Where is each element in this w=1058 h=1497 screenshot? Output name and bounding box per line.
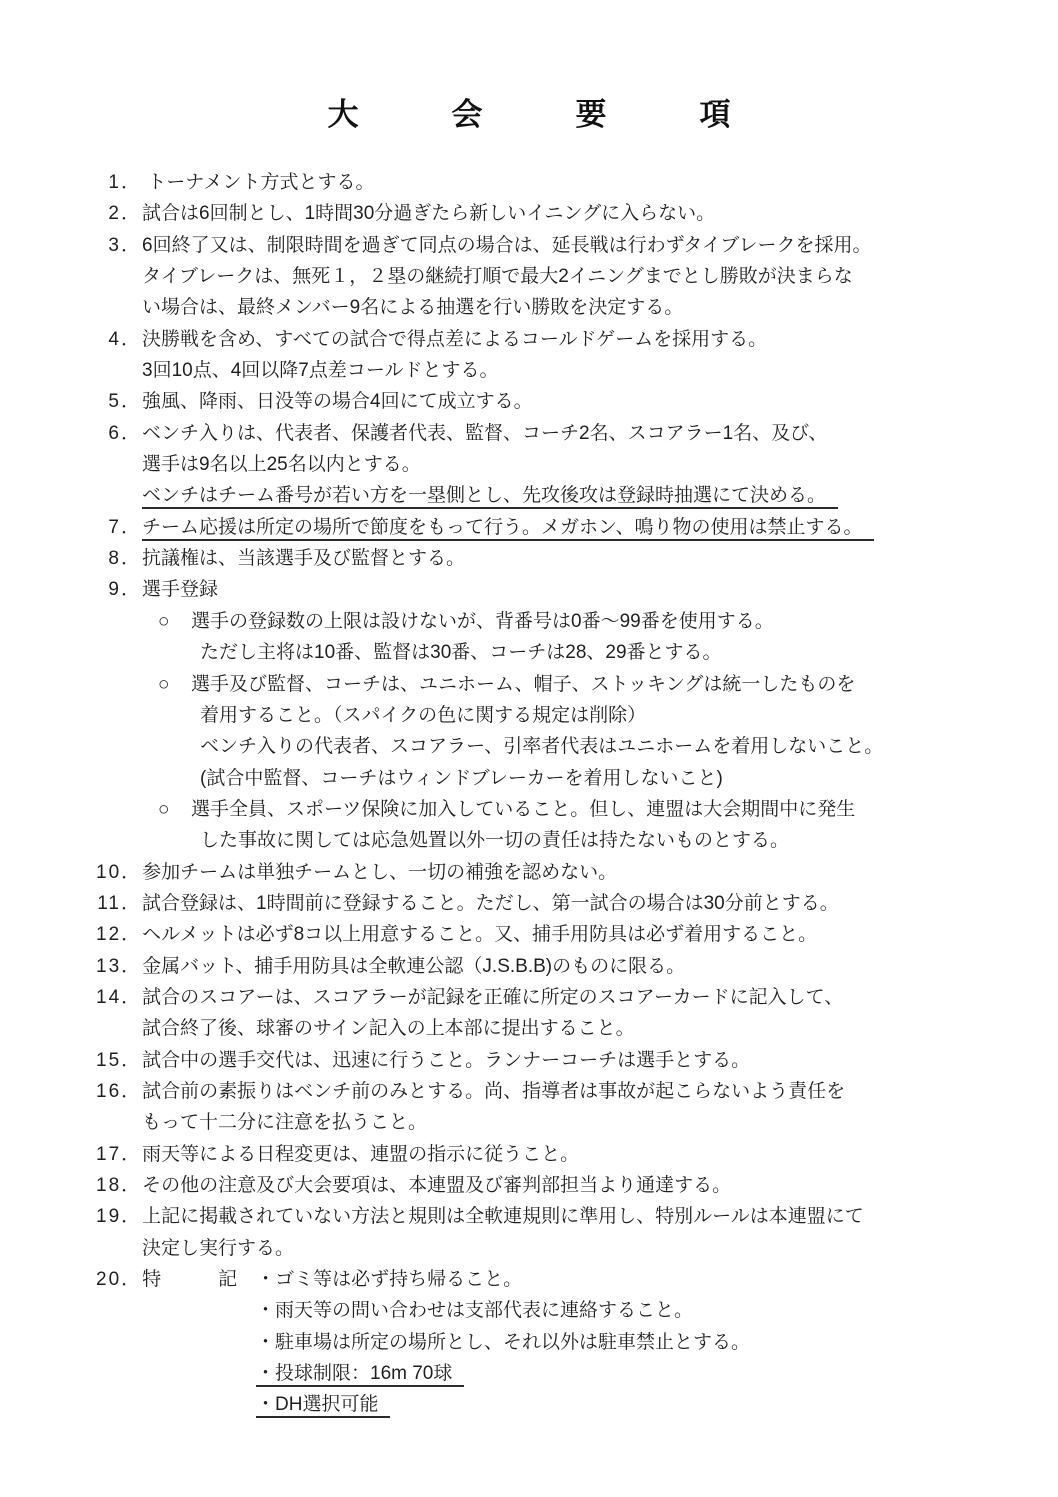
item-number: 13． [96,951,142,982]
item-line: 着用すること。（スパイクの色に関する規定は削除） [96,700,1028,731]
line-text-wrap: 試合前の素振りはベンチ前のみとする。尚、指導者は事故が起こらないよう責任を [142,1076,845,1107]
item-number: 8． [96,543,142,574]
line-text: ただし主将は10番、監督は30番、コーチは28、29番とする。 [200,642,722,663]
item-line: した事故に関しては応急処置以外一切の責任は持たないものとする。 [96,825,1028,856]
item-line: 4．決勝戦を含め、すべての試合で得点差によるコールドゲームを採用する。 [96,324,1028,355]
line-text: ・DH選択可能 [256,1394,390,1418]
item-number: 17． [96,1139,142,1170]
line-text: タイブレークは、無死１，２塁の継続打順で最大2イニングまでとし勝敗が決まらな [142,266,853,287]
line-text-wrap: ・投球制限：16m 70球 [256,1358,464,1389]
item-line: 13．金属バット、捕手用防具は全軟連公認（J.S.B.B)のものに限る。 [96,951,1028,982]
item-line: ・投球制限：16m 70球 [96,1358,1028,1389]
line-text: ・投球制限：16m 70球 [256,1363,464,1387]
line-text-wrap: 3回10点、4回以降7点差コールドとする。 [142,355,498,386]
item-number: 19． [96,1201,142,1232]
item-line: 1． トーナメント方式とする。 [96,167,1028,198]
item-line: ベンチはチーム番号が若い方を一塁側とし、先攻後攻は登録時抽選にて決める。 [96,480,1028,511]
item-number: 11． [96,888,142,919]
document-title: 大 会 要 項 [0,0,1058,134]
line-text: 選手の登録数の上限は設けないが、背番号は0番～99番を使用する。 [191,611,774,632]
line-text-wrap: ・雨天等の問い合わせは支部代表に連絡すること。 [256,1295,693,1326]
line-text-wrap: ○選手全員、スポーツ保険に加入していること。但し、連盟は大会期間中に発生 [158,794,855,825]
line-text-wrap: ただし主将は10番、監督は30番、コーチは28、29番とする。 [200,637,722,668]
line-text-wrap: 金属バット、捕手用防具は全軟連公認（J.S.B.B)のものに限る。 [142,951,685,982]
line-text: チーム応援は所定の場所で節度をもって行う。メガホン、鳴り物の使用は禁止する。 [142,517,874,541]
circle-bullet: ○ [158,669,191,700]
line-text: 上記に掲載されていない方法と規則は全軟連規則に準用し、特別ルールは本連盟にて [142,1206,864,1227]
line-text: 試合前の素振りはベンチ前のみとする。尚、指導者は事故が起こらないよう責任を [142,1081,845,1102]
circle-bullet: ○ [158,794,191,825]
line-text: ベンチ入りは、代表者、保護者代表、監督、コーチ2名、スコアラー1名、及び、 [142,423,827,444]
line-text-wrap: 決定し実行する。 [142,1233,294,1264]
line-text-wrap: チーム応援は所定の場所で節度をもって行う。メガホン、鳴り物の使用は禁止する。 [142,512,874,543]
line-text-wrap: ベンチ入りの代表者、スコアラー、引率者代表はユニホームを着用しないこと。 [200,731,883,762]
line-text: ベンチ入りの代表者、スコアラー、引率者代表はユニホームを着用しないこと。 [200,736,883,757]
item-line: ○選手全員、スポーツ保険に加入していること。但し、連盟は大会期間中に発生 [96,794,1028,825]
line-text: 試合終了後、球審のサイン記入の上本部に提出すること。 [142,1018,635,1039]
line-text-wrap: 試合終了後、球審のサイン記入の上本部に提出すること。 [142,1013,635,1044]
line-text: 雨天等による日程変更は、連盟の指示に従うこと。 [142,1144,579,1165]
document-page: 大 会 要 項 1． トーナメント方式とする。2．試合は6回制とし、1時間30分… [0,0,1058,1497]
line-text: ヘルメットは必ず8コ以上用意すること。又、捕手用防具は必ず着用すること。 [142,924,817,945]
line-text: 着用すること。（スパイクの色に関する規定は削除） [200,705,646,726]
item-line: 3．6回終了又は、制限時間を過ぎて同点の場合は、延長戦は行わずタイブレークを採用… [96,230,1028,261]
line-text: 強風、降雨、日没等の場合4回にて成立する。 [142,391,533,412]
item-number: 18． [96,1170,142,1201]
line-text: 試合のスコアーは、スコアラーが記録を正確に所定のスコアーカードに記入して、 [142,987,843,1008]
item-line: 選手は9名以上25名以内とする。 [96,449,1028,480]
item-line: (試合中監督、コーチはウィンドブレーカーを着用しないこと) [96,763,1028,794]
item-line: 2．試合は6回制とし、1時間30分過ぎたら新しいイニングに入らない。 [96,198,1028,229]
item-line: 9．選手登録 [96,574,1028,605]
item-line: ・雨天等の問い合わせは支部代表に連絡すること。 [96,1295,1028,1326]
item-line: ベンチ入りの代表者、スコアラー、引率者代表はユニホームを着用しないこと。 [96,731,1028,762]
item-number: 14． [96,982,142,1013]
line-text: 選手及び監督、コーチは、ユニホーム、帽子、ストッキングは統一したものを [191,674,855,695]
line-text-wrap: タイブレークは、無死１，２塁の継続打順で最大2イニングまでとし勝敗が決まらな [142,261,853,292]
line-text: い場合は、最終メンバー9名による抽選を行い勝敗を決定する。 [142,297,683,318]
item-line: 11．試合登録は、1時間前に登録すること。ただし、第一試合の場合は30分前とする… [96,888,1028,919]
line-text: 3回10点、4回以降7点差コールドとする。 [142,360,498,381]
line-text: した事故に関しては応急処置以外一切の責任は持たないものとする。 [200,830,789,851]
item-line: 決定し実行する。 [96,1233,1028,1264]
line-text-wrap: 参加チームは単独チームとし、一切の補強を認めない。 [142,857,617,888]
item-line: 18．その他の注意及び大会要項は、本連盟及び審判部担当より通達する。 [96,1170,1028,1201]
line-text: 試合は6回制とし、1時間30分過ぎたら新しいイニングに入らない。 [142,203,715,224]
line-text: 選手は9名以上25名以内とする。 [142,454,421,475]
item-number: 1． [96,167,142,198]
item-line: ・駐車場は所定の場所とし、それ以外は駐車禁止とする。 [96,1327,1028,1358]
item-number: 5． [96,386,142,417]
item-number: 2． [96,198,142,229]
line-text: 特 記 ・ゴミ等は必ず持ち帰ること。 [142,1269,522,1290]
line-text: 決定し実行する。 [142,1238,294,1259]
item-line: 19．上記に掲載されていない方法と規則は全軟連規則に準用し、特別ルールは本連盟に… [96,1201,1028,1232]
line-text: もって十二分に注意を払うこと。 [142,1112,427,1133]
line-text-wrap: ベンチ入りは、代表者、保護者代表、監督、コーチ2名、スコアラー1名、及び、 [142,418,827,449]
line-text-wrap: 強風、降雨、日没等の場合4回にて成立する。 [142,386,533,417]
item-line: 7．チーム応援は所定の場所で節度をもって行う。メガホン、鳴り物の使用は禁止する。 [96,512,1028,543]
line-text-wrap: ○選手の登録数の上限は設けないが、背番号は0番～99番を使用する。 [158,606,774,637]
line-text-wrap: ・駐車場は所定の場所とし、それ以外は駐車禁止とする。 [256,1327,750,1358]
line-text: トーナメント方式とする。 [142,172,375,193]
line-text: 参加チームは単独チームとし、一切の補強を認めない。 [142,862,617,883]
line-text: 選手登録 [142,579,218,600]
line-text: ・駐車場は所定の場所とし、それ以外は駐車禁止とする。 [256,1332,750,1353]
line-text: 決勝戦を含め、すべての試合で得点差によるコールドゲームを採用する。 [142,329,767,350]
item-line: い場合は、最終メンバー9名による抽選を行い勝敗を決定する。 [96,292,1028,323]
item-line: 3回10点、4回以降7点差コールドとする。 [96,355,1028,386]
line-text-wrap: (試合中監督、コーチはウィンドブレーカーを着用しないこと) [200,763,723,794]
line-text: (試合中監督、コーチはウィンドブレーカーを着用しないこと) [200,768,723,789]
item-number: 16． [96,1076,142,1107]
item-line: 12．ヘルメットは必ず8コ以上用意すること。又、捕手用防具は必ず着用すること。 [96,919,1028,950]
circle-bullet: ○ [158,606,191,637]
line-text-wrap: 試合中の選手交代は、迅速に行うこと。ランナーコーチは選手とする。 [142,1045,750,1076]
item-line: タイブレークは、無死１，２塁の継続打順で最大2イニングまでとし勝敗が決まらな [96,261,1028,292]
line-text-wrap: 雨天等による日程変更は、連盟の指示に従うこと。 [142,1139,579,1170]
line-text-wrap: ヘルメットは必ず8コ以上用意すること。又、捕手用防具は必ず着用すること。 [142,919,817,950]
line-text: ベンチはチーム番号が若い方を一塁側とし、先攻後攻は登録時抽選にて決める。 [142,485,838,509]
line-text-wrap: 試合は6回制とし、1時間30分過ぎたら新しいイニングに入らない。 [142,198,715,229]
item-number: 20． [96,1264,142,1295]
line-text-wrap: した事故に関しては応急処置以外一切の責任は持たないものとする。 [200,825,789,856]
item-line: ○選手の登録数の上限は設けないが、背番号は0番～99番を使用する。 [96,606,1028,637]
item-line: 17．雨天等による日程変更は、連盟の指示に従うこと。 [96,1139,1028,1170]
item-line: ・DH選択可能 [96,1389,1028,1420]
item-line: 15．試合中の選手交代は、迅速に行うこと。ランナーコーチは選手とする。 [96,1045,1028,1076]
item-line: 14．試合のスコアーは、スコアラーが記録を正確に所定のスコアーカードに記入して、 [96,982,1028,1013]
line-text-wrap: その他の注意及び大会要項は、本連盟及び審判部担当より通達する。 [142,1170,731,1201]
line-text-wrap: トーナメント方式とする。 [142,167,375,198]
item-number: 10． [96,857,142,888]
item-line: 20．特 記 ・ゴミ等は必ず持ち帰ること。 [96,1264,1028,1295]
line-text: 6回終了又は、制限時間を過ぎて同点の場合は、延長戦は行わずタイブレークを採用。 [142,235,872,256]
item-line: 5．強風、降雨、日没等の場合4回にて成立する。 [96,386,1028,417]
line-text-wrap: 着用すること。（スパイクの色に関する規定は削除） [200,700,646,731]
line-text-wrap: ベンチはチーム番号が若い方を一塁側とし、先攻後攻は登録時抽選にて決める。 [142,480,838,511]
item-line: 10．参加チームは単独チームとし、一切の補強を認めない。 [96,857,1028,888]
line-text: その他の注意及び大会要項は、本連盟及び審判部担当より通達する。 [142,1175,731,1196]
item-number: 12． [96,919,142,950]
item-line: もって十二分に注意を払うこと。 [96,1107,1028,1138]
line-text: 抗議権は、当該選手及び監督とする。 [142,548,465,569]
item-number: 9． [96,574,142,605]
line-text-wrap: ○選手及び監督、コーチは、ユニホーム、帽子、ストッキングは統一したものを [158,669,855,700]
item-line: 16．試合前の素振りはベンチ前のみとする。尚、指導者は事故が起こらないよう責任を [96,1076,1028,1107]
line-text-wrap: 特 記 ・ゴミ等は必ず持ち帰ること。 [142,1264,522,1295]
item-number: 7． [96,512,142,543]
item-line: ○選手及び監督、コーチは、ユニホーム、帽子、ストッキングは統一したものを [96,669,1028,700]
line-text-wrap: 選手は9名以上25名以内とする。 [142,449,421,480]
line-text-wrap: 試合のスコアーは、スコアラーが記録を正確に所定のスコアーカードに記入して、 [142,982,843,1013]
item-line: 試合終了後、球審のサイン記入の上本部に提出すること。 [96,1013,1028,1044]
line-text: 試合登録は、1時間前に登録すること。ただし、第一試合の場合は30分前とする。 [142,893,839,914]
item-number: 4． [96,324,142,355]
item-line: 6．ベンチ入りは、代表者、保護者代表、監督、コーチ2名、スコアラー1名、及び、 [96,418,1028,449]
line-text-wrap: 上記に掲載されていない方法と規則は全軟連規則に準用し、特別ルールは本連盟にて [142,1201,864,1232]
line-text-wrap: 試合登録は、1時間前に登録すること。ただし、第一試合の場合は30分前とする。 [142,888,839,919]
line-text: ・雨天等の問い合わせは支部代表に連絡すること。 [256,1300,693,1321]
line-text: 金属バット、捕手用防具は全軟連公認（J.S.B.B)のものに限る。 [142,956,685,977]
line-text: 試合中の選手交代は、迅速に行うこと。ランナーコーチは選手とする。 [142,1050,750,1071]
line-text-wrap: 抗議権は、当該選手及び監督とする。 [142,543,465,574]
item-line: 8．抗議権は、当該選手及び監督とする。 [96,543,1028,574]
line-text-wrap: い場合は、最終メンバー9名による抽選を行い勝敗を決定する。 [142,292,683,323]
line-text-wrap: ・DH選択可能 [256,1389,390,1420]
item-number: 15． [96,1045,142,1076]
line-text-wrap: もって十二分に注意を払うこと。 [142,1107,427,1138]
item-line: ただし主将は10番、監督は30番、コーチは28、29番とする。 [96,637,1028,668]
line-text-wrap: 決勝戦を含め、すべての試合で得点差によるコールドゲームを採用する。 [142,324,767,355]
line-text-wrap: 6回終了又は、制限時間を過ぎて同点の場合は、延長戦は行わずタイブレークを採用。 [142,230,872,261]
items-list: 1． トーナメント方式とする。2．試合は6回制とし、1時間30分過ぎたら新しいイ… [96,167,1028,1421]
item-number: 6． [96,418,142,449]
line-text-wrap: 選手登録 [142,574,218,605]
line-text: 選手全員、スポーツ保険に加入していること。但し、連盟は大会期間中に発生 [191,799,855,820]
item-number: 3． [96,230,142,261]
